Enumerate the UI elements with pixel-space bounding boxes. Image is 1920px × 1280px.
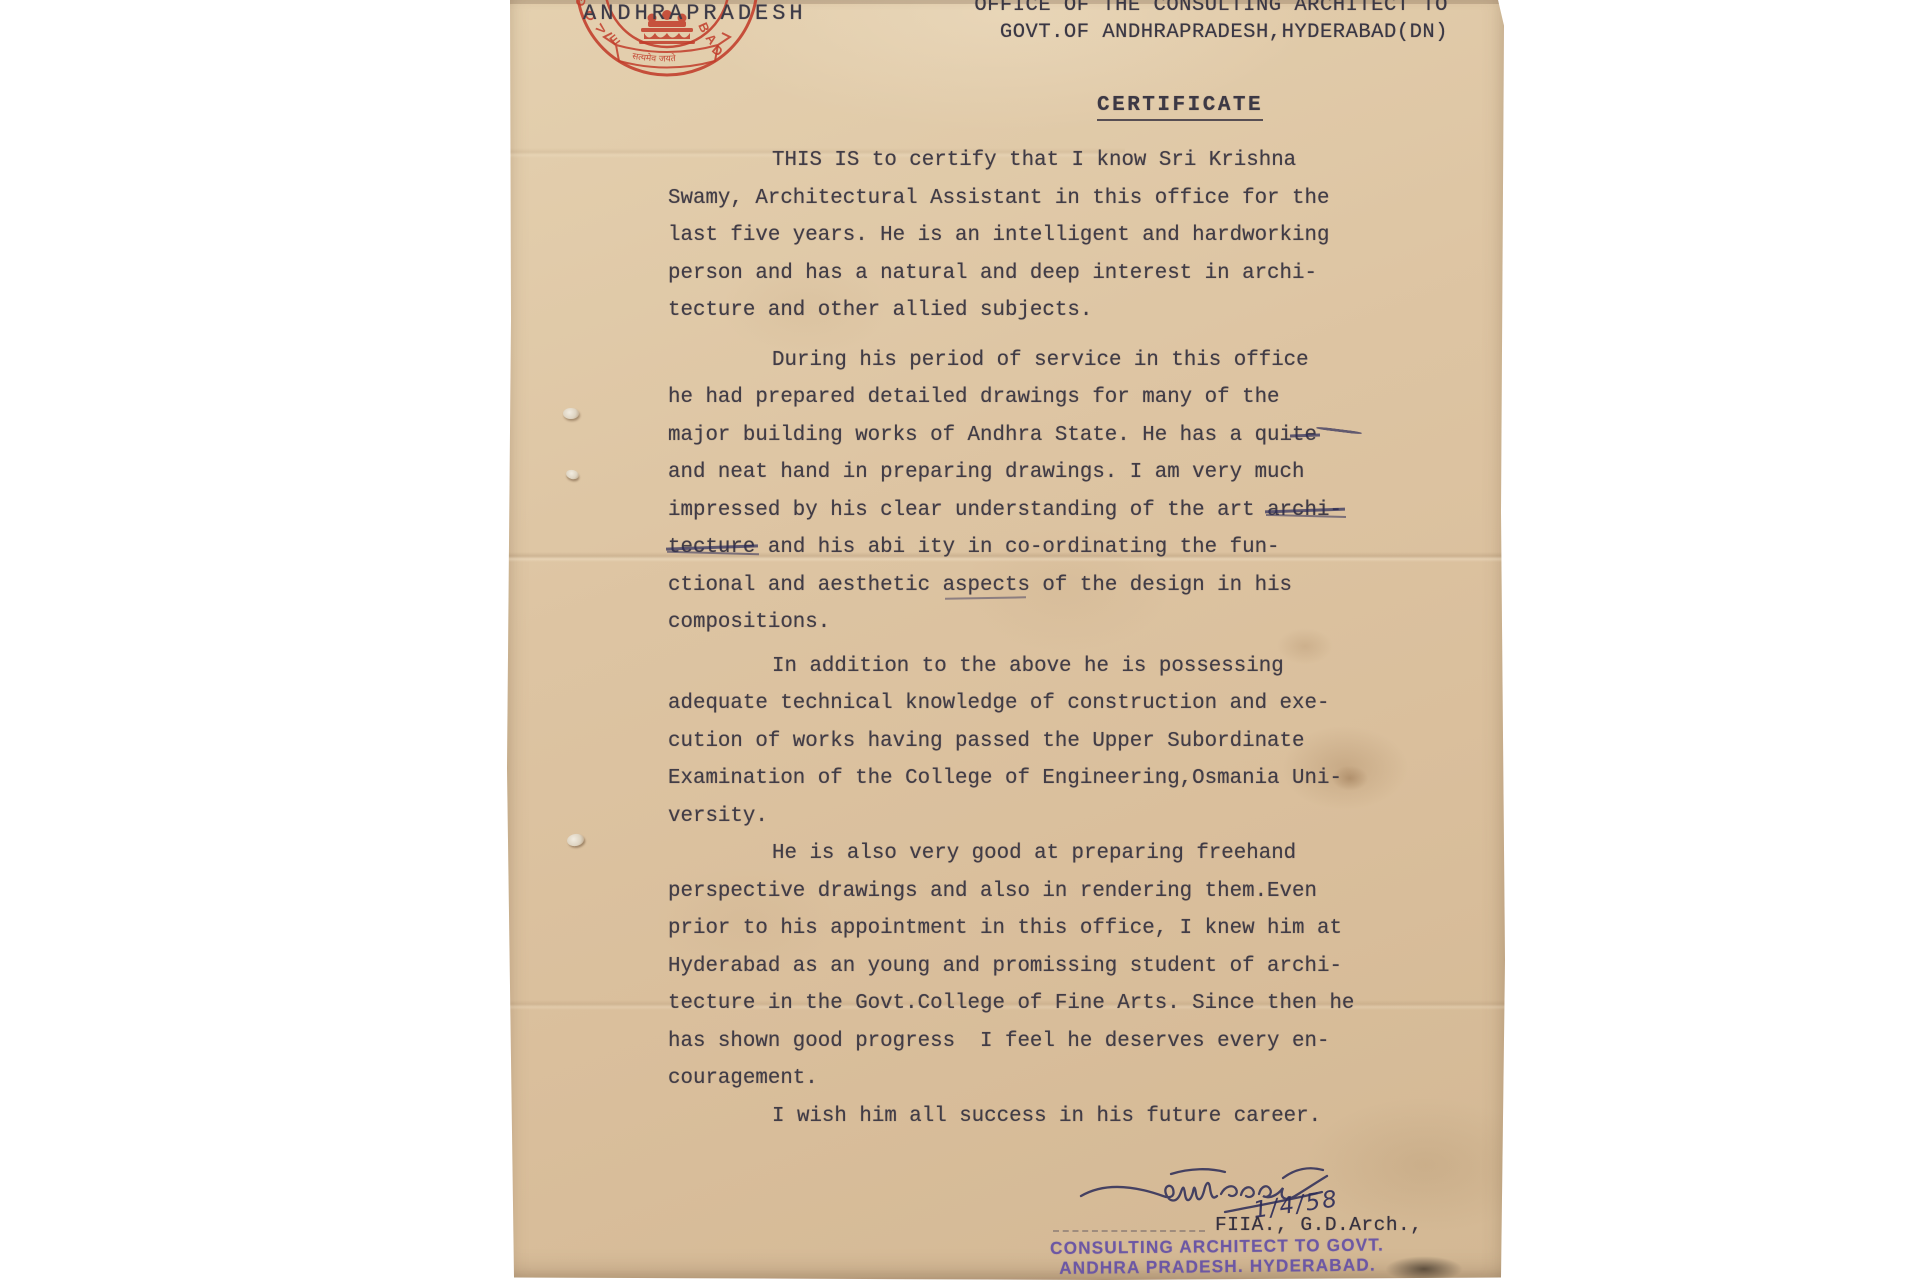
body-line: prior to his appointment in this office,… [668,910,1388,948]
typed-text: of the design in his [1030,574,1292,597]
typed-text: perspective drawings and also in renderi… [668,880,1317,903]
seal-overlay-state-name: ANDHRAPRADESH [583,1,807,26]
typed-text: tecture in the Govt.College of Fine Arts… [668,992,1354,1015]
typed-text: THIS IS to certify that I know Sri Krish… [772,149,1296,172]
body-line: tecture and his abi ity in co-ordinating… [668,529,1388,567]
body-line: compositions. [668,604,1388,642]
body-line: he had prepared detailed drawings for ma… [668,379,1388,417]
pen-underlined-text: aspects [943,567,1030,605]
typed-text: versity. [668,805,768,828]
scanned-certificate-page: G O V E B A D [0,0,1920,1280]
body-line: During his period of service in this off… [668,342,1388,380]
typed-text: person and has a natural and deep intere… [668,262,1317,285]
typed-text: has shown good progress I feel he deserv… [668,1030,1329,1053]
paragraph: I wish him all success in his future car… [668,1098,1388,1136]
signatory-credentials: FIIA., G.D.Arch., [1215,1214,1422,1236]
paper-hole [563,408,579,419]
body-line: In addition to the above he is possessin… [668,648,1388,686]
typed-text: impressed by his clear understanding of … [668,499,1267,522]
body-line: major building works of Andhra State. He… [668,417,1388,455]
document-title: CERTIFICATE [1097,94,1263,121]
corner-stain [1385,1256,1463,1280]
typed-text: couragement. [668,1067,818,1090]
office-header: OFFICE OF THE CONSULTING ARCHITECT TO GO… [900,0,1448,46]
paragraph: In addition to the above he is possessin… [668,648,1388,836]
typed-text: He is also very good at preparing freeha… [772,842,1296,865]
typed-text: tecture and other allied subjects. [668,299,1092,322]
typed-text: and neat hand in preparing drawings. I a… [668,461,1305,484]
typed-text: Hyderabad as an young and promissing stu… [668,955,1342,978]
paragraph: During his period of service in this off… [668,342,1388,642]
body-line: Examination of the College of Engineerin… [668,760,1388,798]
typed-text: In addition to the above he is possessin… [772,655,1284,678]
office-header-line1: OFFICE OF THE CONSULTING ARCHITECT TO [900,0,1448,19]
body-line: person and has a natural and deep intere… [668,255,1388,293]
body-line: tecture in the Govt.College of Fine Arts… [668,985,1388,1023]
typed-text: During his period of service in this off… [772,349,1309,372]
body-line: tecture and other allied subjects. [668,292,1388,330]
body-line: Hyderabad as an young and promissing stu… [668,948,1388,986]
typed-text: and his abi ity in co-ordinating the fun… [755,536,1279,559]
typed-text: last five years. He is an intelligent an… [668,224,1329,247]
body-line: adequate technical knowledge of construc… [668,685,1388,723]
body-line: versity. [668,798,1388,836]
typed-text: compositions. [668,611,830,634]
pen-struck-text: tecture [668,529,755,567]
body-line: perspective drawings and also in renderi… [668,873,1388,911]
body-line: cution of works having passed the Upper … [668,723,1388,761]
document-body: THIS IS to certify that I know Sri Krish… [668,142,1388,1135]
office-rubber-stamp: CONSULTING ARCHITECT TO GOVT. ANDHRA PRA… [1050,1235,1384,1278]
body-line: He is also very good at preparing freeha… [668,835,1388,873]
paragraph: THIS IS to certify that I know Sri Krish… [668,142,1388,330]
body-line: has shown good progress I feel he deserv… [668,1023,1388,1061]
body-line: couragement. [668,1060,1388,1098]
typed-text: adequate technical knowledge of construc… [668,692,1329,715]
typed-text: Examination of the College of Engineerin… [668,767,1342,790]
body-line: I wish him all success in his future car… [668,1098,1388,1136]
body-line: last five years. He is an intelligent an… [668,217,1388,255]
seal-ribbon-text: सत्यमेव जयते [631,52,677,65]
typed-text: major building works of Andhra State. He… [668,424,1292,447]
typed-text: Swamy, Architectural Assistant in this o… [668,187,1329,210]
signature-rule [1053,1230,1205,1232]
typed-text: ctional and aesthetic [668,574,943,597]
svg-text:सत्यमेव जयते: सत्यमेव जयते [631,52,677,65]
paragraph: He is also very good at preparing freeha… [668,835,1388,1098]
paper-hole [565,468,580,480]
pen-struck-text: te [1292,417,1317,455]
paper-sheet: G O V E B A D [505,0,1505,1280]
typed-text: cution of works having passed the Upper … [668,730,1305,753]
body-line: THIS IS to certify that I know Sri Krish… [668,142,1388,180]
body-line: and neat hand in preparing drawings. I a… [668,454,1388,492]
typed-text: he had prepared detailed drawings for ma… [668,386,1280,409]
typed-text: I wish him all success in his future car… [772,1105,1321,1128]
paper-hole [566,833,585,848]
pen-struck-text: archi- [1267,492,1342,530]
body-line: ctional and aesthetic aspects of the des… [668,567,1388,605]
body-line: impressed by his clear understanding of … [668,492,1388,530]
office-header-line2: GOVT.OF ANDHRAPRADESH,HYDERABAD(DN) [900,19,1448,46]
body-line: Swamy, Architectural Assistant in this o… [668,180,1388,218]
typed-text: prior to his appointment in this office,… [668,917,1342,940]
stamp-line2: ANDHRA PRADESH. HYDERABAD. [1050,1255,1384,1278]
